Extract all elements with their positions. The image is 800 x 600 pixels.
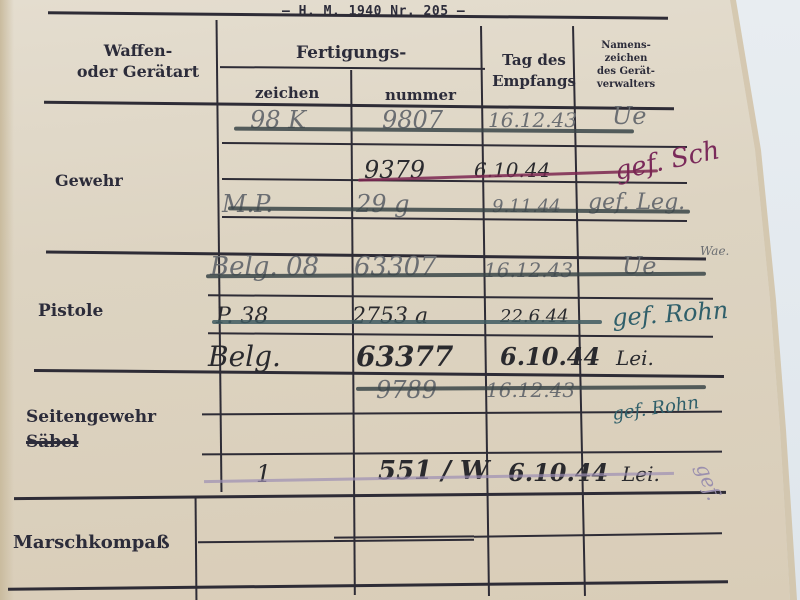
col-header-officer: Namens- zeichen des Gerät- verwalters [580,39,672,91]
category-saber-struck: Säbel [26,432,78,452]
margin-note-1: Wae. [700,244,729,258]
entry-rifle-3-number: 29 g [356,190,410,218]
col-header-item-type-line1: Waffen- [58,40,218,61]
entry-pistol-1-date: 16.12.43 [484,258,573,282]
col-header-officer-line2: zeichen [580,52,672,65]
col-header-manufacturing: Fertigungs- [296,43,406,63]
entry-pistol-3-signature: Lei. [616,346,654,370]
entry-pistol-3-number: 63377 [356,340,453,373]
col-header-item-type-line2: oder Gerätart [58,61,218,82]
col-header-item-type: Waffen- oder Gerätart [58,40,218,82]
entry-pistol-1-number: 63307 [354,252,437,282]
entry-pistol-3-date: 6.10.44 [500,342,600,371]
col-header-officer-line1: Namens- [580,39,672,52]
entry-rifle-2-date: 6.10.44 [474,158,550,182]
entry-rifle-1-signature: Ue [612,102,646,130]
strike-pistol-2 [212,320,602,324]
category-bayonet: Seitengewehr [26,407,156,427]
col-header-date: Tag des Empfangs [486,50,582,92]
col-header-officer-line4: verwalters [580,78,672,91]
entry-bayonet-2-number: 551 / W [378,456,489,486]
col-header-number: nummer [385,86,456,104]
col-header-date-line2: Empfangs [486,71,582,92]
entry-pistol-2-mark: P. 38 [216,304,268,329]
col-header-mark: zeichen [255,84,319,102]
col-header-officer-line3: des Gerät- [580,65,672,78]
entry-rifle-3-mark: M.P. [222,190,273,218]
entry-bayonet-2-mark: 1 [256,460,271,488]
category-rifle: Gewehr [55,171,123,190]
category-pistol: Pistole [38,301,103,321]
entry-pistol-2-number: 2753 a [352,304,428,329]
entry-pistol-3-mark: Belg. [208,340,281,373]
page-fold-shadow [0,0,14,600]
entry-rifle-3-date: 9.11.44 [492,196,561,217]
col-header-date-line1: Tag des [486,50,582,71]
category-compass: Marschkompaß [13,532,170,553]
